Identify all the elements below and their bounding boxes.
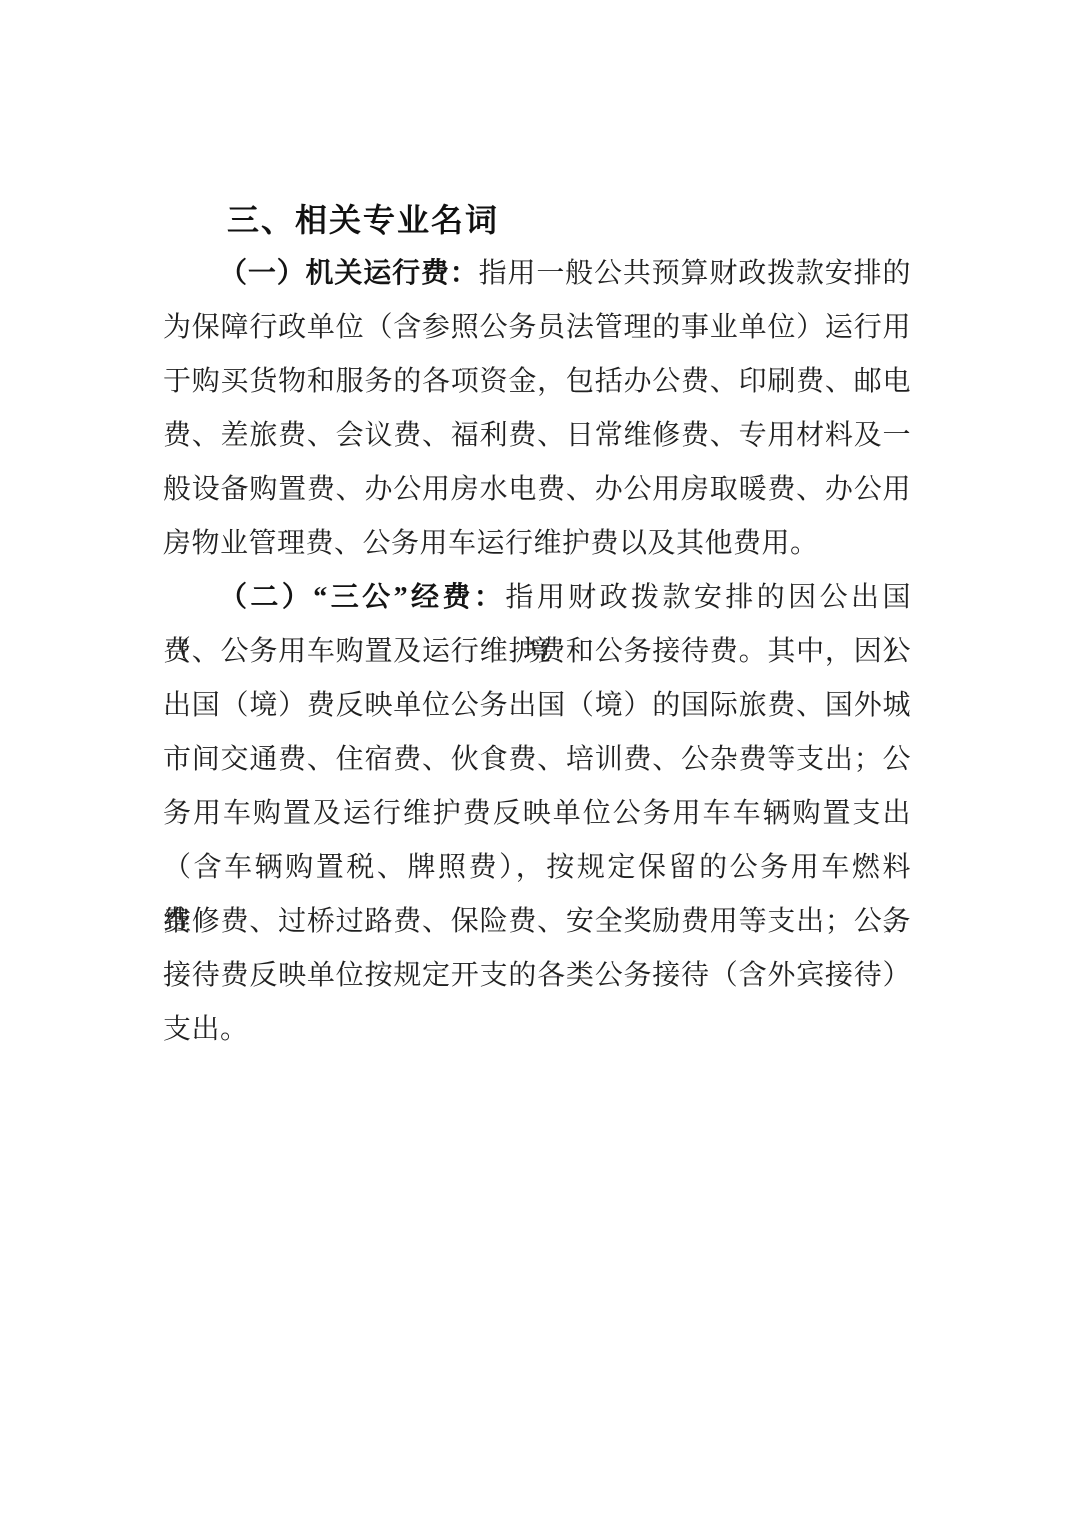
paragraph-1-line-3: 于购买货物和服务的各项资金，包括办公费、印刷费、邮电 xyxy=(163,355,911,409)
paragraph-2-line-3: 出国（境）费反映单位公务出国（境）的国际旅费、国外城 xyxy=(163,679,911,733)
paragraph-2-line-4: 市间交通费、住宿费、伙食费、培训费、公杂费等支出；公 xyxy=(163,733,911,787)
paragraph-2-line-8: 接待费反映单位按规定开支的各类公务接待（含外宾接待） xyxy=(163,949,911,1003)
paragraph-2-line-9: 支出。 xyxy=(163,1003,911,1057)
section-heading: 三、相关专业名词 xyxy=(163,193,911,247)
paragraph-1-line-6: 房物业管理费、公务用车运行维护费以及其他费用。 xyxy=(163,517,911,571)
term-2-label: （二）“三公”经费： xyxy=(219,582,505,613)
paragraph-1-line-2: 为保障行政单位（含参照公务员法管理的事业单位）运行用 xyxy=(163,301,911,355)
document-body: 三、相关专业名词 （一）机关运行费：指用一般公共预算财政拨款安排的 为保障行政单… xyxy=(163,193,911,1057)
paragraph-1-line-4: 费、差旅费、会议费、福利费、日常维修费、专用材料及一 xyxy=(163,409,911,463)
term-1-label: （一）机关运行费： xyxy=(219,258,479,289)
paragraph-2-line-5: 务用车购置及运行维护费反映单位公务用车车辆购置支出 xyxy=(163,787,911,841)
paragraph-2-line-2: 费、公务用车购置及运行维护费和公务接待费。其中，因公 xyxy=(163,625,911,679)
paragraph-1-line-1: （一）机关运行费：指用一般公共预算财政拨款安排的 xyxy=(163,247,911,301)
document-page: 三、相关专业名词 （一）机关运行费：指用一般公共预算财政拨款安排的 为保障行政单… xyxy=(0,0,1074,1520)
paragraph-2-line-7: 维修费、过桥过路费、保险费、安全奖励费用等支出；公务 xyxy=(163,895,911,949)
paragraph-2-line-6: （含车辆购置税、牌照费），按规定保留的公务用车燃料费、 xyxy=(163,841,911,895)
term-1-definition-start: 指用一般公共预算财政拨款安排的 xyxy=(479,258,911,289)
paragraph-1-line-5: 般设备购置费、办公用房水电费、办公用房取暖费、办公用 xyxy=(163,463,911,517)
paragraph-2-line-1: （二）“三公”经费：指用财政拨款安排的因公出国（境） xyxy=(163,571,911,625)
